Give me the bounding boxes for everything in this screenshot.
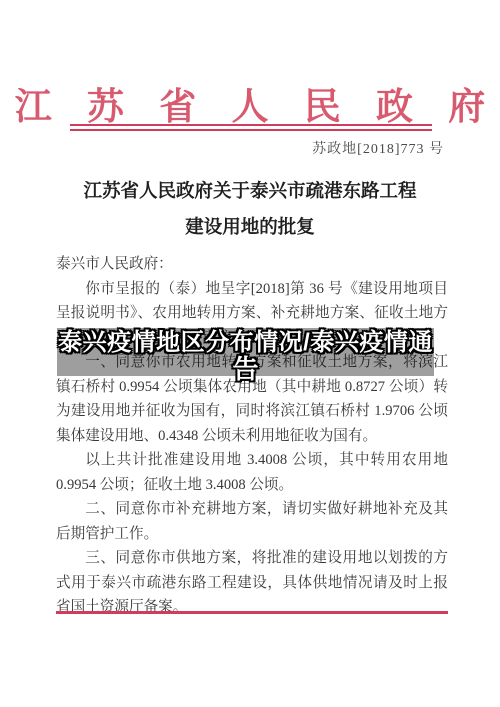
paragraph-summary: 以上共计批准建设用地 3.4008 公顷，其中转用农用地 0.9954 公顷；征… — [56, 448, 448, 497]
document-title: 江苏省人民政府关于泰兴市疏港东路工程 建设用地的批复 — [0, 174, 500, 246]
paragraph-item-2: 二、同意你市补充耕地方案，请切实做好耕地补充及其后期管护工作。 — [56, 497, 448, 546]
document-body: 泰兴市人民政府： 你市呈报的（泰）地呈字[2018]第 36 号《建设用地项目呈… — [56, 252, 448, 620]
caption-text-line1: 泰兴疫情地区分布情况/泰兴疫情通 — [57, 328, 434, 356]
document-number: 苏政地[2018]773 号 — [312, 138, 444, 158]
document-title-line2: 建设用地的批复 — [0, 210, 500, 246]
footer-rule — [56, 611, 448, 614]
salutation: 泰兴市人民政府： — [56, 252, 448, 277]
agency-letterhead-title: 江 苏 省 人 民 政 府 — [0, 76, 500, 130]
caption-overlay-banner: 泰兴疫情地区分布情况/泰兴疫情通 告 — [57, 328, 434, 376]
paragraph-item-3: 三、同意你市供地方案，将批准的建设用地以划拨的方式用于泰兴市疏港东路工程建设，具… — [56, 546, 448, 620]
document-page: 江 苏 省 人 民 政 府 苏政地[2018]773 号 江苏省人民政府关于泰兴… — [0, 0, 500, 707]
document-title-line1: 江苏省人民政府关于泰兴市疏港东路工程 — [0, 174, 500, 210]
letterhead-double-rule — [70, 124, 432, 131]
caption-text-line2: 告 — [57, 356, 434, 382]
